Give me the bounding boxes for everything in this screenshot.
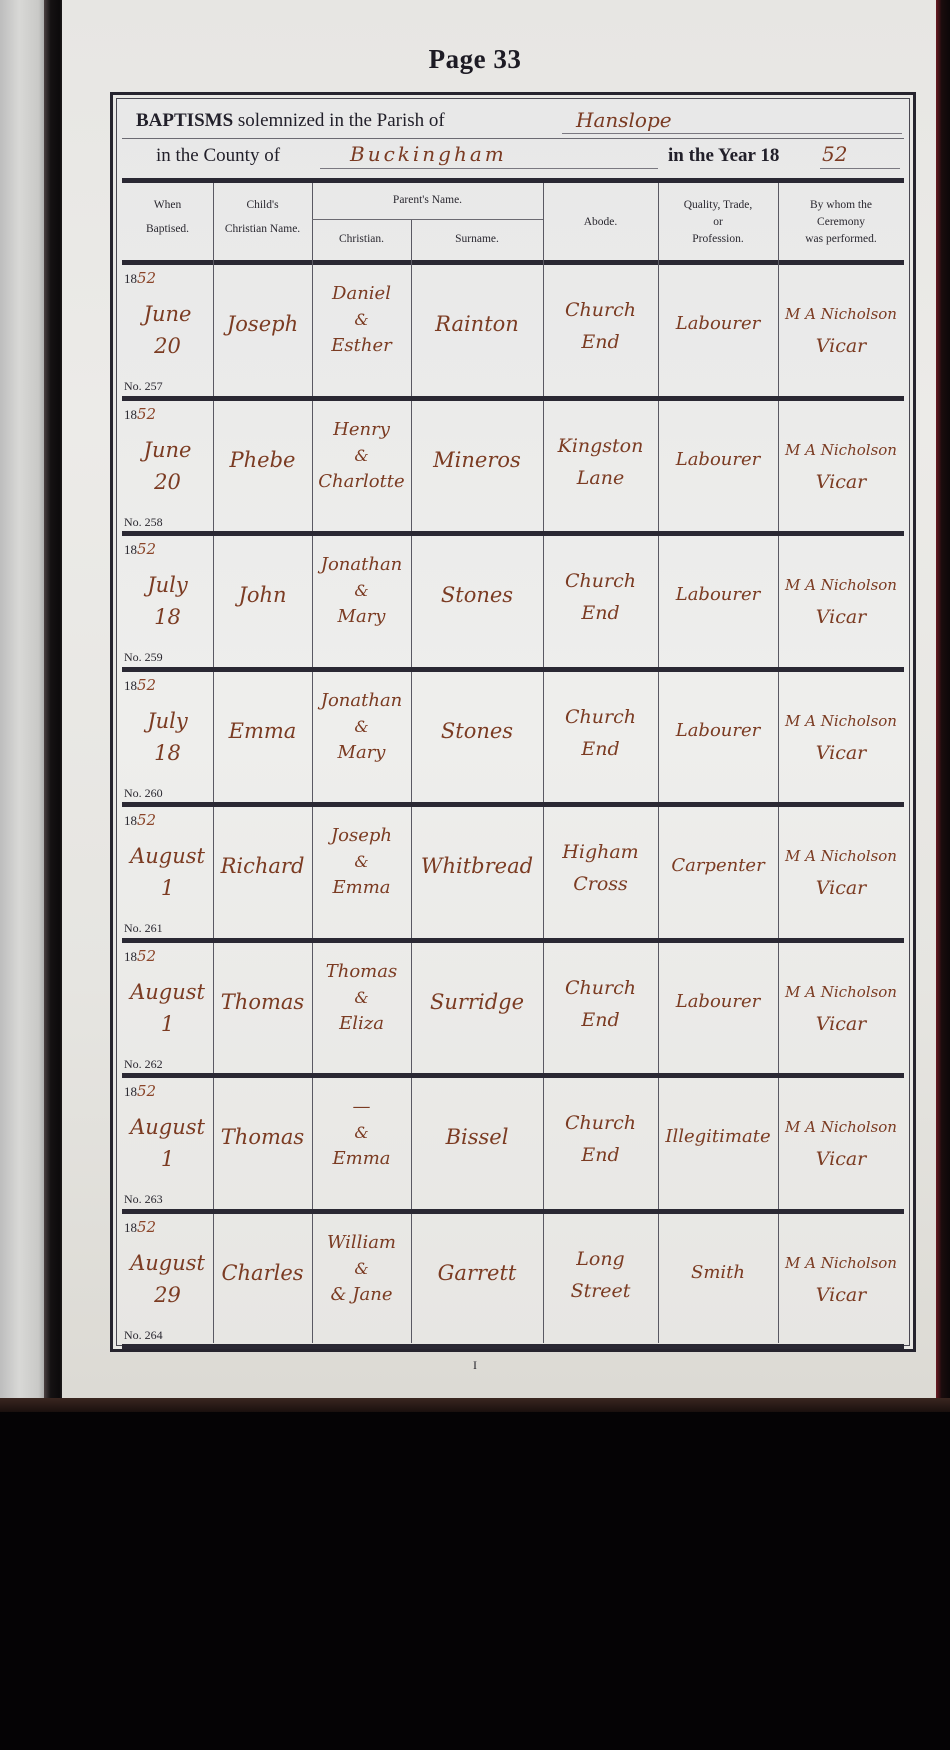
cell-abode: Church End	[543, 265, 658, 400]
entry-surname: Bissel	[411, 1122, 543, 1152]
cell-abode: Kingston Lane	[543, 401, 658, 536]
entry-parent-2: Esther	[312, 331, 411, 361]
cell-by-whom: M A Nicholson Vicar	[778, 401, 904, 536]
entry-quality: Labourer	[658, 580, 778, 610]
entry-parent-2: & Jane	[312, 1280, 411, 1310]
cell-when: 1852 June 20 No. 257	[122, 265, 213, 400]
entry-officiant-title: Vicar	[778, 1144, 904, 1174]
entry-officiant-title: Vicar	[778, 1009, 904, 1039]
cell-abode: Church End	[543, 1078, 658, 1213]
book-cover-edge	[936, 0, 950, 1400]
entry-officiant-title: Vicar	[778, 1280, 904, 1310]
entry-officiant: M A Nicholson	[778, 977, 904, 1007]
col-header-when: When Baptised.	[122, 197, 213, 238]
entry-day: 29	[122, 1280, 213, 1310]
col-header-by-whom-line: By whom the	[778, 197, 904, 214]
entry-number: No. 260	[124, 786, 163, 801]
entry-child-name: Emma	[213, 716, 312, 746]
cell-child-name: Joseph	[213, 265, 312, 400]
baptism-entry-row: 1852 August 1 No. 263 Thomas — & Emma Bi…	[122, 1078, 904, 1213]
cell-quality: Labourer	[658, 536, 778, 671]
entry-number: No. 261	[124, 921, 163, 936]
entry-year-printed: 18	[124, 949, 137, 964]
entry-abode-1: Church	[543, 1108, 658, 1138]
col-header-parents: Parent's Name.	[312, 192, 543, 209]
entry-abode-1: Higham	[543, 837, 658, 867]
entry-officiant-title: Vicar	[778, 331, 904, 361]
cell-when: 1852 August 1 No. 263	[122, 1078, 213, 1213]
cell-parents-christian: Thomas & Eliza	[312, 943, 411, 1078]
entry-year-written: 52	[137, 405, 156, 423]
entry-year-written: 52	[137, 1082, 156, 1100]
cell-child-name: Thomas	[213, 943, 312, 1078]
cell-by-whom: M A Nicholson Vicar	[778, 807, 904, 942]
entry-abode-1: Kingston	[543, 431, 658, 461]
entry-day: 1	[122, 1009, 213, 1039]
parish-value: Hanslope	[576, 108, 672, 132]
col-header-parents-surname: Surname.	[411, 231, 543, 248]
cell-quality: Labourer	[658, 265, 778, 400]
entry-abode-2: End	[543, 1140, 658, 1170]
col-header-by-whom-line: was performed.	[778, 231, 904, 248]
entry-month: August	[122, 1248, 213, 1278]
entry-number: No. 263	[124, 1192, 163, 1207]
col-header-quality-line: Profession.	[658, 231, 778, 248]
entry-year-printed: 18	[124, 678, 137, 693]
cell-child-name: Emma	[213, 672, 312, 807]
cell-by-whom: M A Nicholson Vicar	[778, 265, 904, 400]
cell-by-whom: M A Nicholson Vicar	[778, 672, 904, 807]
cell-surname: Whitbread	[411, 807, 543, 942]
entry-abode-2: End	[543, 734, 658, 764]
entry-quality: Illegitimate	[658, 1122, 778, 1152]
entry-year-written: 52	[137, 269, 156, 287]
entry-year-written: 52	[137, 540, 156, 558]
entry-officiant-title: Vicar	[778, 602, 904, 632]
cell-abode: Church End	[543, 943, 658, 1078]
cell-abode: Church End	[543, 672, 658, 807]
heading-line-1: BAPTISMS solemnized in the Parish of	[136, 110, 445, 132]
cell-quality: Labourer	[658, 943, 778, 1078]
cell-parents-christian: Henry & Charlotte	[312, 401, 411, 536]
baptism-entry-row: 1852 August 1 No. 262 Thomas Thomas & El…	[122, 943, 904, 1078]
facing-page-edge	[0, 0, 48, 1400]
cell-by-whom: M A Nicholson Vicar	[778, 943, 904, 1078]
entry-parent-2: Emma	[312, 1144, 411, 1174]
year-value: 52	[822, 142, 847, 166]
baptism-entry-row: 1852 July 18 No. 260 Emma Jonathan & Mar…	[122, 672, 904, 807]
entry-parent-2: Mary	[312, 738, 411, 768]
entry-abode-2: End	[543, 598, 658, 628]
entry-abode-1: Long	[543, 1244, 658, 1274]
cell-when: 1852 August 1 No. 261	[122, 807, 213, 942]
entry-child-name: Charles	[213, 1258, 312, 1288]
entry-officiant: M A Nicholson	[778, 1248, 904, 1278]
entry-year-written: 52	[137, 811, 156, 829]
entry-month: July	[122, 706, 213, 736]
rule-header-top	[122, 178, 904, 183]
parents-subrule	[312, 219, 543, 220]
cell-child-name: Charles	[213, 1214, 312, 1349]
heading-solemnized: solemnized in the Parish of	[238, 110, 445, 131]
entry-year: 1852	[124, 947, 156, 965]
cell-surname: Rainton	[411, 265, 543, 400]
entry-officiant: M A Nicholson	[778, 706, 904, 736]
entry-month: June	[122, 299, 213, 329]
entry-parent-2: Eliza	[312, 1009, 411, 1039]
entry-officiant-title: Vicar	[778, 738, 904, 768]
entry-year: 1852	[124, 269, 156, 287]
entry-surname: Whitbread	[411, 851, 543, 881]
cell-child-name: John	[213, 536, 312, 671]
entry-day: 20	[122, 331, 213, 361]
cell-parents-christian: Joseph & Emma	[312, 807, 411, 942]
entry-year: 1852	[124, 811, 156, 829]
entry-year-written: 52	[137, 947, 156, 965]
col-header-child-line: Christian Name.	[213, 221, 312, 238]
row-separator	[122, 1344, 904, 1349]
page-title: Page 33	[0, 44, 950, 75]
county-value: Buckingham	[350, 142, 507, 166]
entry-year-written: 52	[137, 676, 156, 694]
cell-surname: Stones	[411, 536, 543, 671]
entry-officiant: M A Nicholson	[778, 841, 904, 871]
cell-surname: Mineros	[411, 401, 543, 536]
entry-quality: Labourer	[658, 309, 778, 339]
entry-quality: Smith	[658, 1258, 778, 1288]
entry-abode-2: Cross	[543, 869, 658, 899]
col-header-parents-christian: Christian.	[312, 231, 411, 248]
folio-mark: I	[0, 1358, 950, 1373]
entry-year-printed: 18	[124, 1084, 137, 1099]
heading-year-label: in the Year 18	[668, 145, 779, 167]
heading-baptisms: BAPTISMS	[136, 110, 233, 131]
entry-year: 1852	[124, 1082, 156, 1100]
cell-quality: Labourer	[658, 672, 778, 807]
entry-number: No. 259	[124, 650, 163, 665]
entry-year-printed: 18	[124, 1220, 137, 1235]
entry-child-name: Thomas	[213, 987, 312, 1017]
entry-child-name: Phebe	[213, 445, 312, 475]
cell-quality: Smith	[658, 1214, 778, 1349]
entry-day: 18	[122, 738, 213, 768]
entry-officiant: M A Nicholson	[778, 570, 904, 600]
col-header-abode: Abode.	[543, 214, 658, 231]
entry-day: 1	[122, 1144, 213, 1174]
entry-surname: Stones	[411, 716, 543, 746]
entry-year-printed: 18	[124, 542, 137, 557]
entry-surname: Garrett	[411, 1258, 543, 1288]
baptism-entry-row: 1852 August 1 No. 261 Richard Joseph & E…	[122, 807, 904, 942]
book-bottom-edge	[0, 1398, 950, 1412]
cell-abode: Church End	[543, 536, 658, 671]
cell-when: 1852 August 1 No. 262	[122, 943, 213, 1078]
entry-month: July	[122, 570, 213, 600]
col-header-child: Child's Christian Name.	[213, 197, 312, 238]
heading-rule	[122, 138, 904, 139]
entry-month: June	[122, 435, 213, 465]
cell-parents-christian: Jonathan & Mary	[312, 536, 411, 671]
cell-when: 1852 July 18 No. 259	[122, 536, 213, 671]
col-header-when-line: Baptised.	[122, 221, 213, 238]
entry-abode-1: Church	[543, 566, 658, 596]
entry-officiant: M A Nicholson	[778, 1112, 904, 1142]
entry-parent-2: Charlotte	[312, 467, 411, 497]
entry-officiant: M A Nicholson	[778, 435, 904, 465]
entry-number: No. 257	[124, 379, 163, 394]
cell-child-name: Phebe	[213, 401, 312, 536]
entry-quality: Labourer	[658, 716, 778, 746]
entry-year-written: 52	[137, 1218, 156, 1236]
cell-quality: Carpenter	[658, 807, 778, 942]
cell-surname: Surridge	[411, 943, 543, 1078]
entry-month: August	[122, 977, 213, 1007]
baptism-entry-row: 1852 August 29 No. 264 Charles William &…	[122, 1214, 904, 1349]
cell-by-whom: M A Nicholson Vicar	[778, 1078, 904, 1213]
col-header-child-line: Child's	[213, 197, 312, 214]
cell-abode: Higham Cross	[543, 807, 658, 942]
entry-abode-1: Church	[543, 973, 658, 1003]
entry-year: 1852	[124, 540, 156, 558]
county-fill-line	[320, 168, 658, 169]
cell-when: 1852 July 18 No. 260	[122, 672, 213, 807]
entry-parent-2: Emma	[312, 873, 411, 903]
baptism-entry-row: 1852 July 18 No. 259 John Jonathan & Mar…	[122, 536, 904, 671]
col-header-by-whom: By whom the Ceremony was performed.	[778, 197, 904, 248]
col-header-quality-line: or	[658, 214, 778, 231]
cell-parents-christian: Daniel & Esther	[312, 265, 411, 400]
entry-number: No. 258	[124, 515, 163, 530]
baptism-entry-row: 1852 June 20 No. 257 Joseph Daniel & Est…	[122, 265, 904, 400]
entry-day: 18	[122, 602, 213, 632]
entry-abode-2: End	[543, 1005, 658, 1035]
entry-year-printed: 18	[124, 407, 137, 422]
cell-by-whom: M A Nicholson Vicar	[778, 1214, 904, 1349]
cell-by-whom: M A Nicholson Vicar	[778, 536, 904, 671]
cell-parents-christian: — & Emma	[312, 1078, 411, 1213]
entry-officiant-title: Vicar	[778, 873, 904, 903]
col-header-quality: Quality, Trade, or Profession.	[658, 197, 778, 248]
cell-surname: Stones	[411, 672, 543, 807]
col-header-by-whom-line: Ceremony	[778, 214, 904, 231]
entry-year: 1852	[124, 405, 156, 423]
entry-month: August	[122, 841, 213, 871]
entry-abode-2: Street	[543, 1276, 658, 1306]
cell-when: 1852 June 20 No. 258	[122, 401, 213, 536]
entry-year: 1852	[124, 1218, 156, 1236]
entry-surname: Mineros	[411, 445, 543, 475]
cell-when: 1852 August 29 No. 264	[122, 1214, 213, 1349]
entry-child-name: Joseph	[213, 309, 312, 339]
cell-surname: Garrett	[411, 1214, 543, 1349]
entry-month: August	[122, 1112, 213, 1142]
entry-abode-2: Lane	[543, 463, 658, 493]
col-header-when-line: When	[122, 197, 213, 214]
cell-parents-christian: Jonathan & Mary	[312, 672, 411, 807]
entry-day: 1	[122, 873, 213, 903]
cell-child-name: Richard	[213, 807, 312, 942]
entry-surname: Stones	[411, 580, 543, 610]
entry-parent-2: Mary	[312, 602, 411, 632]
col-header-quality-line: Quality, Trade,	[658, 197, 778, 214]
entry-child-name: Thomas	[213, 1122, 312, 1152]
entry-child-name: John	[213, 580, 312, 610]
entry-officiant: M A Nicholson	[778, 299, 904, 329]
entry-year: 1852	[124, 676, 156, 694]
cell-surname: Bissel	[411, 1078, 543, 1213]
entry-abode-2: End	[543, 327, 658, 357]
entry-abode-1: Church	[543, 295, 658, 325]
entry-officiant-title: Vicar	[778, 467, 904, 497]
entry-surname: Surridge	[411, 987, 543, 1017]
entry-number: No. 262	[124, 1057, 163, 1072]
entry-child-name: Richard	[213, 851, 312, 881]
entry-number: No. 264	[124, 1328, 163, 1343]
entry-quality: Labourer	[658, 445, 778, 475]
parish-fill-line	[562, 133, 902, 134]
entry-abode-1: Church	[543, 702, 658, 732]
entry-quality: Labourer	[658, 987, 778, 1017]
baptism-entry-row: 1852 June 20 No. 258 Phebe Henry & Charl…	[122, 401, 904, 536]
cell-abode: Long Street	[543, 1214, 658, 1349]
cell-child-name: Thomas	[213, 1078, 312, 1213]
year-fill-line	[820, 168, 900, 169]
cell-parents-christian: William & & Jane	[312, 1214, 411, 1349]
cell-quality: Labourer	[658, 401, 778, 536]
entry-quality: Carpenter	[658, 851, 778, 881]
entry-day: 20	[122, 467, 213, 497]
entry-surname: Rainton	[411, 309, 543, 339]
entry-year-printed: 18	[124, 813, 137, 828]
entry-year-printed: 18	[124, 271, 137, 286]
heading-county-label: in the County of	[156, 145, 280, 167]
cell-quality: Illegitimate	[658, 1078, 778, 1213]
